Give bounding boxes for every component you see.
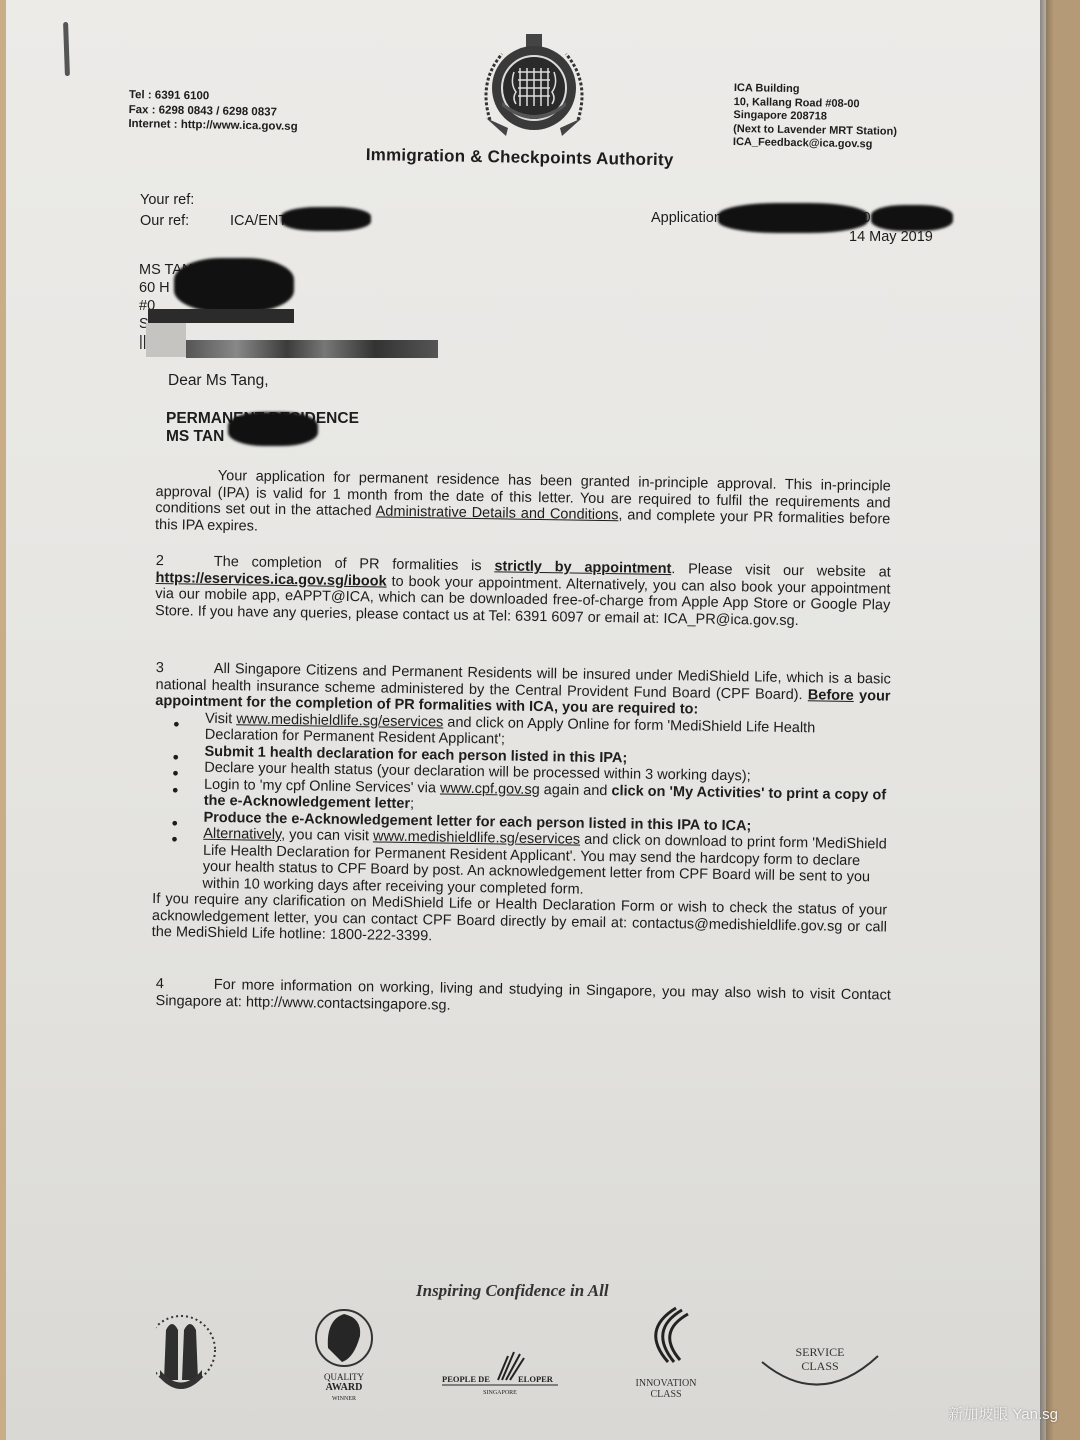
redaction-mark [871, 205, 953, 231]
redaction-mark [228, 412, 318, 446]
requirements-list: Visit www.medishieldlife.sg/eservices an… [152, 709, 890, 902]
paragraph-number: 3 [156, 660, 214, 677]
svg-text:SINGAPORE: SINGAPORE [483, 1390, 517, 1396]
svg-text:CLASS: CLASS [650, 1389, 681, 1400]
item-text: ; [410, 796, 414, 812]
list-item: Alternatively, you can visit www.medishi… [202, 826, 888, 903]
organization-name: Immigration & Checkpoints Authority [366, 145, 674, 170]
item-text: Alternatively [203, 826, 281, 843]
feedback-email: ICA_Feedback@ica.gov.sg [733, 136, 897, 152]
footer-logos: QUALITY AWARD WINNER PEOPLE DE ELOPER SI… [156, 1300, 896, 1410]
your-ref-label: Your ref: [140, 190, 230, 211]
innovation-class-logo-icon: INNOVATION CLASS [636, 1308, 697, 1400]
pixelation-mark [148, 309, 294, 323]
redaction-mark [281, 207, 371, 231]
paragraph-2: 2The completion of PR formalities is str… [155, 553, 891, 631]
application-label: Application [651, 210, 722, 226]
svg-text:AWARD: AWARD [326, 1382, 363, 1393]
item-text: , you can visit [281, 827, 373, 844]
paragraph-number: 4 [156, 976, 214, 993]
reference-block: Your ref: Our ref:ICA/ENT [140, 190, 371, 232]
svg-text:SERVICE: SERVICE [795, 1345, 844, 1359]
paragraph-text: For more information on working, living … [155, 977, 890, 1013]
svg-text:PEOPLE DE: PEOPLE DE [442, 1374, 490, 1384]
watermark: 新加坡眼 Yan.sg [948, 1403, 1058, 1424]
salutation: Dear Ms Tang, [168, 372, 269, 390]
letter-date: 14 May 2019 [849, 229, 933, 245]
emphasis-text: Before [808, 687, 854, 704]
cpf-link[interactable]: www.cpf.gov.sg [440, 780, 540, 798]
paper-edge-shadow [1040, 0, 1054, 1440]
paragraph-3: 3All Singapore Citizens and Permanent Re… [152, 660, 891, 952]
service-class-logo-icon: SERVICE CLASS [762, 1345, 878, 1385]
paragraph-number: 2 [156, 553, 214, 570]
paragraph-4: 4For more information on working, living… [155, 976, 890, 1021]
our-ref-value: ICA/ENT [230, 211, 287, 232]
item-text: again and [540, 782, 612, 799]
redaction-mark [174, 258, 294, 312]
letter-page: Tel : 6391 6100 Fax : 6298 0843 / 6298 0… [6, 0, 1046, 1440]
ministry-of-home-affairs-logo-icon [156, 1316, 215, 1389]
pixelation-mark [146, 323, 186, 357]
footer-tagline: Inspiring Confidence in All [416, 1281, 609, 1301]
pixelation-mark [186, 340, 438, 358]
svg-text:QUALITY: QUALITY [324, 1372, 364, 1382]
header-contact: Tel : 6391 6100 Fax : 6298 0843 / 6298 0… [128, 88, 298, 134]
people-developer-logo-icon: PEOPLE DE ELOPER SINGAPORE [442, 1352, 558, 1396]
staple-mark [63, 22, 70, 76]
paragraph-1: Your application for permanent residence… [155, 467, 891, 545]
item-text: Visit [205, 710, 236, 726]
singapore-quality-award-logo-icon: QUALITY AWARD WINNER [316, 1310, 372, 1402]
ica-crest-icon [472, 32, 596, 144]
contact-internet: Internet : http://www.ica.gov.sg [128, 117, 298, 134]
svg-text:CLASS: CLASS [801, 1359, 838, 1373]
svg-text:WINNER: WINNER [332, 1396, 356, 1402]
admin-details-link[interactable]: Administrative Details and Conditions [376, 503, 619, 523]
svg-text:INNOVATION: INNOVATION [636, 1378, 697, 1389]
redaction-mark [718, 203, 868, 233]
svg-text:ELOPER: ELOPER [518, 1374, 554, 1384]
our-ref-label: Our ref: [140, 211, 230, 232]
header-address: ICA Building 10, Kallang Road #08-00 Sin… [733, 82, 898, 152]
